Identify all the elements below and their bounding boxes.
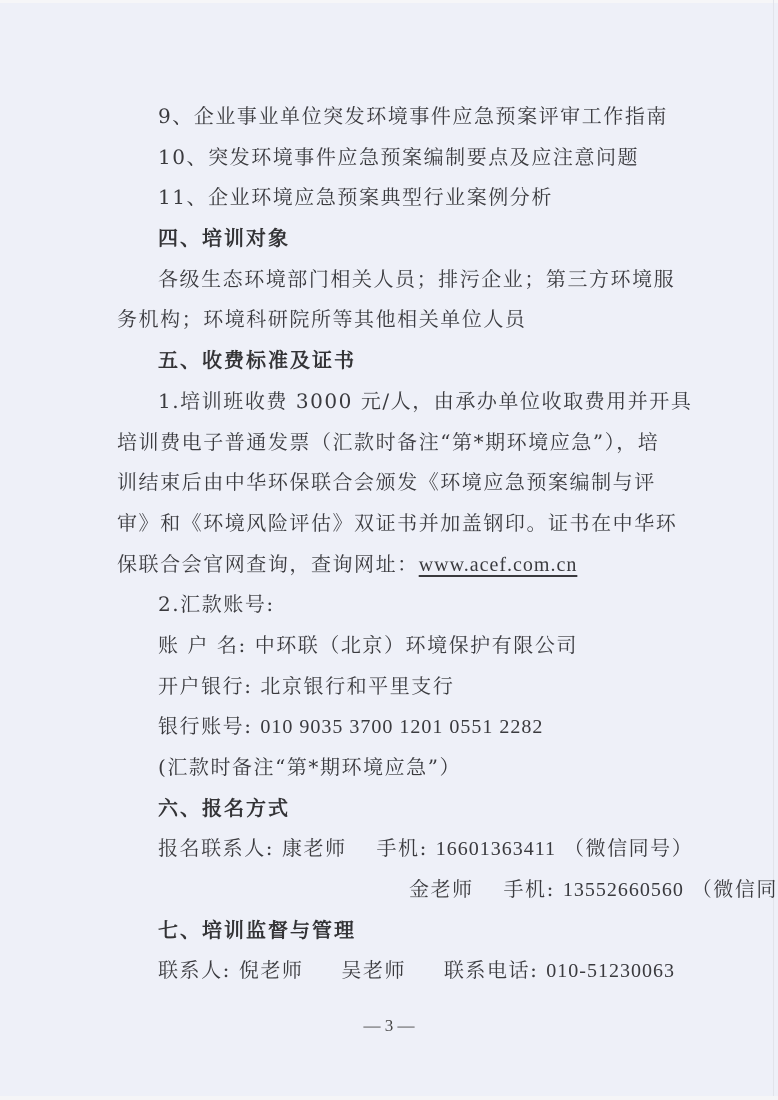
- website-label: 保联合会官网查询，查询网址：: [117, 552, 419, 576]
- paragraph-audience-line-1: 各级生态环境部门相关人员；排污企业；第三方环境服: [117, 259, 662, 300]
- paragraph-audience-line-2: 务机构；环境科研院所等其他相关单位人员: [117, 299, 662, 340]
- supervision-contact-label: 联系人:: [158, 958, 231, 982]
- bank-row: 开户银行: 北京银行和平里支行: [117, 666, 662, 707]
- supervision-contact-row: 联系人: 倪老师 吴老师 联系电话: 010-51230063: [117, 950, 662, 991]
- section-heading-fees-certificates: 五、收费标准及证书: [117, 340, 662, 381]
- paragraph-fee-line-4: 审》和《环境风险评估》双证书并加盖钢印。证书在中华环: [117, 503, 662, 544]
- page-edge-bottom: [0, 1096, 778, 1100]
- contact-name: 金老师: [409, 877, 474, 901]
- list-item-11: 11、企业环境应急预案典型行业案例分析: [117, 177, 662, 218]
- website-link[interactable]: www.acef.com.cn: [419, 554, 578, 576]
- wechat-note: （微信同号）: [564, 836, 693, 860]
- section-heading-registration: 六、报名方式: [117, 788, 662, 829]
- page-edge-top: [0, 0, 778, 3]
- section-heading-training-audience: 四、培训对象: [117, 218, 662, 259]
- page-number: — 3 —: [0, 1016, 778, 1036]
- section-heading-supervision: 七、培训监督与管理: [117, 910, 662, 951]
- registration-contact-row-2: 金老师 手机: 13552660560 （微信同号）: [117, 869, 662, 910]
- account-name-label: 账 户 名:: [158, 633, 247, 657]
- document-body: 9、企业事业单位突发环境事件应急预案评审工作指南 10、突发环境事件应急预案编制…: [117, 96, 662, 991]
- bank-value: 北京银行和平里支行: [260, 674, 454, 698]
- phone-label: 手机:: [504, 877, 555, 901]
- paragraph-fee-line-1: 1.培训班收费 3000 元/人，由承办单位收取费用并开具: [117, 381, 662, 422]
- supervision-contact-1: 倪老师: [239, 958, 304, 982]
- phone-number: 16601363411: [436, 838, 556, 860]
- account-name-value: 中环联（北京）环境保护有限公司: [255, 633, 578, 657]
- supervision-contact-2: 吴老师: [341, 958, 406, 982]
- list-item-9: 9、企业事业单位突发环境事件应急预案评审工作指南: [117, 96, 662, 137]
- phone-number: 13552660560: [563, 879, 684, 901]
- supervision-phone: 010-51230063: [546, 960, 675, 982]
- contact-name: 康老师: [282, 836, 347, 860]
- account-name-row: 账 户 名: 中环联（北京）环境保护有限公司: [117, 625, 662, 666]
- registration-contact-label: 报名联系人:: [158, 836, 274, 860]
- paragraph-fee-line-5: 保联合会官网查询，查询网址：www.acef.com.cn: [117, 544, 662, 585]
- account-number-row: 银行账号: 010 9035 3700 1201 0551 2282: [117, 706, 662, 747]
- registration-contact-row-1: 报名联系人: 康老师 手机: 16601363411 （微信同号）: [117, 828, 662, 869]
- page-edge-right: [773, 0, 774, 1100]
- wechat-note: （微信同号）: [692, 877, 778, 901]
- list-item-10: 10、突发环境事件应急预案编制要点及应注意问题: [117, 137, 662, 178]
- paragraph-fee-line-3: 训结束后由中华环保联合会颁发《环境应急预案编制与评: [117, 462, 662, 503]
- account-number-value: 010 9035 3700 1201 0551 2282: [260, 716, 543, 738]
- account-heading: 2.汇款账号:: [117, 584, 662, 625]
- remittance-remark: (汇款时备注“第*期环境应急”）: [117, 747, 662, 788]
- account-number-label: 银行账号:: [158, 714, 253, 738]
- phone-label: 手机:: [376, 836, 427, 860]
- supervision-phone-label: 联系电话:: [444, 958, 539, 982]
- paragraph-fee-line-2: 培训费电子普通发票（汇款时备注“第*期环境应急”），培: [117, 422, 662, 463]
- bank-label: 开户银行:: [158, 674, 253, 698]
